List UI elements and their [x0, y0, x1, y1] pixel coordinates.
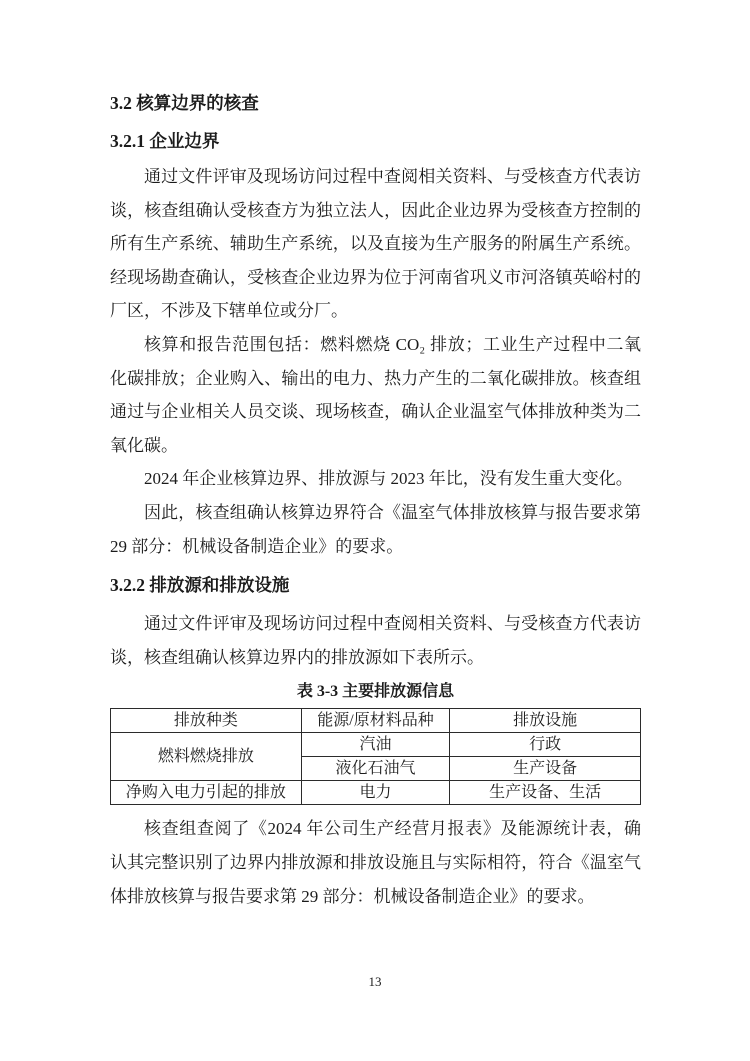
section-heading-3-2-1: 3.2.1 企业边界 [110, 122, 641, 160]
table-cell-fuel: 电力 [301, 781, 449, 805]
table-cell-category: 燃料燃烧排放 [111, 733, 302, 781]
section-heading-3-2-2: 3.2.2 排放源和排放设施 [110, 566, 641, 604]
document-page: 3.2 核算边界的核查 3.2.1 企业边界 通过文件评审及现场访问过程中查阅相… [0, 0, 750, 1061]
document-content: 3.2 核算边界的核查 3.2.1 企业边界 通过文件评审及现场访问过程中查阅相… [110, 84, 641, 913]
table-caption: 表 3-3 主要排放源信息 [110, 679, 641, 705]
table-cell-fuel: 汽油 [301, 733, 449, 757]
paragraph-verification-conclusion: 核查组查阅了《2024 年公司生产经营月报表》及能源统计表，确认其完整识别了边界… [110, 812, 641, 913]
paragraph-accounting-scope: 核算和报告范围包括：燃料燃烧 CO₂ 排放；工业生产过程中二氧化碳排放；企业购入… [110, 328, 641, 462]
paragraph-emission-sources-intro: 通过文件评审及现场访问过程中查阅相关资料、与受核查方代表访谈，核查组确认核算边界… [110, 607, 641, 674]
table-cell-facility: 生产设备、生活 [450, 781, 641, 805]
paragraph-boundary-change: 2024 年企业核算边界、排放源与 2023 年比，没有发生重大变化。 [110, 462, 641, 496]
table-cell-facility: 行政 [450, 733, 641, 757]
paragraph-boundary-conclusion: 因此，核查组确认核算边界符合《温室气体排放核算与报告要求第 29 部分：机械设备… [110, 496, 641, 563]
table-row: 燃料燃烧排放 汽油 行政 [111, 733, 641, 757]
emission-sources-table: 排放种类 能源/原材料品种 排放设施 燃料燃烧排放 汽油 行政 液化石油气 生产… [110, 708, 641, 805]
table-header-facility: 排放设施 [450, 709, 641, 733]
page-number: 13 [0, 974, 750, 990]
table-row: 净购入电力引起的排放 电力 生产设备、生活 [111, 781, 641, 805]
table-header-category: 排放种类 [111, 709, 302, 733]
table-header-row: 排放种类 能源/原材料品种 排放设施 [111, 709, 641, 733]
section-heading-3-2: 3.2 核算边界的核查 [110, 84, 641, 122]
table-cell-facility: 生产设备 [450, 757, 641, 781]
table-cell-fuel: 液化石油气 [301, 757, 449, 781]
paragraph-enterprise-boundary: 通过文件评审及现场访问过程中查阅相关资料、与受核查方代表访谈，核查组确认受核查方… [110, 160, 641, 328]
table-cell-category: 净购入电力引起的排放 [111, 781, 302, 805]
table-header-fuel: 能源/原材料品种 [301, 709, 449, 733]
